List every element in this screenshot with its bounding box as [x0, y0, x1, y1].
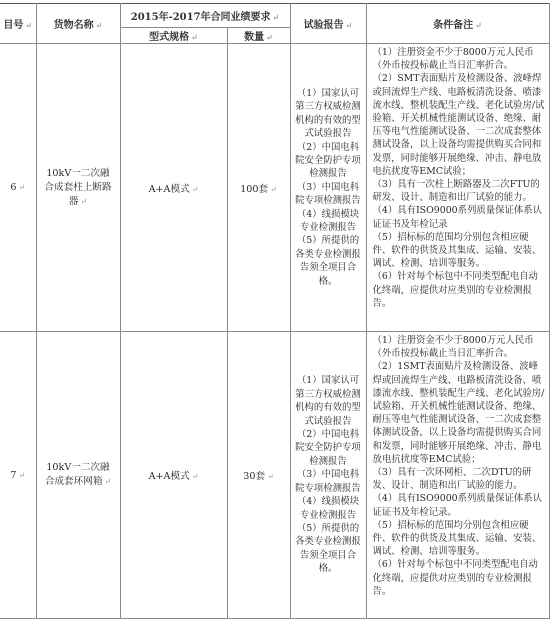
- row-conditions: （1）注册资金不少于8000万元人民币（外币按投标截止当日汇率折合。 （2）1S…: [366, 332, 549, 619]
- header-goods-name: 货物名称↵: [36, 4, 120, 44]
- row-quantity: 100套↵: [227, 44, 290, 332]
- test-report-item: （4）线损模块专业检测报告: [294, 495, 363, 522]
- header-conditions: 条件备注↵: [366, 4, 549, 44]
- row-goods-name: 10kV一二次融合成套柱上断路器↵: [36, 44, 120, 332]
- row-index: 7↵: [0, 332, 36, 619]
- condition-item: （1）注册资金不少于8000万元人民币（外币按投标截止当日汇率折合。: [373, 46, 545, 72]
- condition-item: （2）1SMT表面贴片及检测设备、波峰焊或回流焊生产线、电路板清洗设备、喷漆流水…: [373, 360, 545, 466]
- header-index: 目号↵: [0, 4, 36, 44]
- condition-item: （6）针对每个标包中不同类型配电自动化终端，应提供对应类别的专业检测报告。: [373, 270, 545, 310]
- condition-item: （3）具有一次环网柜、二次DTU的研发、设计、制造和出厂试验的能力。: [373, 466, 545, 492]
- test-report-item: （2）中国电科院安全防护专项检测报告: [294, 428, 363, 468]
- condition-item: （6）针对每个标包中不同类型配电自动化终端，应提供对应类别的专业检测报告。: [373, 558, 545, 598]
- row-model-spec: A+A模式↵: [120, 332, 227, 619]
- header-performance-group: 2015年-2017年合同业绩要求↵: [120, 4, 290, 28]
- test-report-item: （3）中国电科院专项检测报告: [294, 181, 363, 208]
- table-row: 7↵ 10kV一二次融合成套环网箱↵ A+A模式↵ 30套↵ （1）国家认可第三…: [0, 332, 549, 619]
- test-report-item: （1）国家认可第三方权威检测机构的有效的型式试验报告: [294, 87, 363, 141]
- header-quantity: 数量↵: [227, 28, 290, 44]
- condition-item: （3）具有一次柱上断路器及二次FTU的研发、设计、制造和出厂试验的能力。: [373, 178, 545, 204]
- test-report-item: （5）所提供的各类专业检测报告须全项目合格。: [294, 234, 363, 288]
- header-test-report: 试验报告↵: [290, 4, 366, 44]
- row-conditions: （1）注册资金不少于8000万元人民币（外币按投标截止当日汇率折合。 （2）SM…: [366, 44, 549, 332]
- header-row-top: 目号↵ 货物名称↵ 2015年-2017年合同业绩要求↵ 试验报告↵ 条件备注↵: [0, 4, 549, 28]
- requirements-table: 目号↵ 货物名称↵ 2015年-2017年合同业绩要求↵ 试验报告↵ 条件备注↵…: [0, 3, 550, 619]
- row-test-report: （1）国家认可第三方权威检测机构的有效的型式试验报告 （2）中国电科院安全防护专…: [290, 44, 366, 332]
- condition-item: （4）具有ISO9000系列质量保证体系认证证书及年检记录。: [373, 492, 545, 518]
- test-report-item: （1）国家认可第三方权威检测机构的有效的型式试验报告: [294, 374, 363, 428]
- row-quantity: 30套↵: [227, 332, 290, 619]
- condition-item: （2）SMT表面贴片及检测设备、波峰焊或回流焊生产线、电路板清洗设备、喷漆流水线…: [373, 72, 545, 178]
- condition-item: （1）注册资金不少于8000万元人民币（外币按投标截止当日汇率折合。: [373, 334, 545, 360]
- test-report-item: （4）线损模块专业检测报告: [294, 208, 363, 235]
- header-model-spec: 型式规格↵: [120, 28, 227, 44]
- condition-item: （4）具有ISO9000系列质量保证体系认证证书及年检记录: [373, 204, 545, 230]
- test-report-item: （5）所提供的各类专业检测报告须全项目合格。: [294, 522, 363, 576]
- test-report-item: （3）中国电科院专项检测报告: [294, 468, 363, 495]
- row-goods-name: 10kV一二次融合成套环网箱↵: [36, 332, 120, 619]
- row-model-spec: A+A模式↵: [120, 44, 227, 332]
- table-row: 6↵ 10kV一二次融合成套柱上断路器↵ A+A模式↵ 100套↵ （1）国家认…: [0, 44, 549, 332]
- row-index: 6↵: [0, 44, 36, 332]
- test-report-item: （2）中国电科院安全防护专项检测报告: [294, 141, 363, 181]
- condition-item: （5）招标标的范围均分别包含相应硬件、软件的供货及其集成、运输、安装、调试、检测…: [373, 231, 545, 271]
- row-test-report: （1）国家认可第三方权威检测机构的有效的型式试验报告 （2）中国电科院安全防护专…: [290, 332, 366, 619]
- condition-item: （5）招标标的范围均分别包含相应硬件、软件的供货及其集成、运输、安装、调试、检测…: [373, 519, 545, 559]
